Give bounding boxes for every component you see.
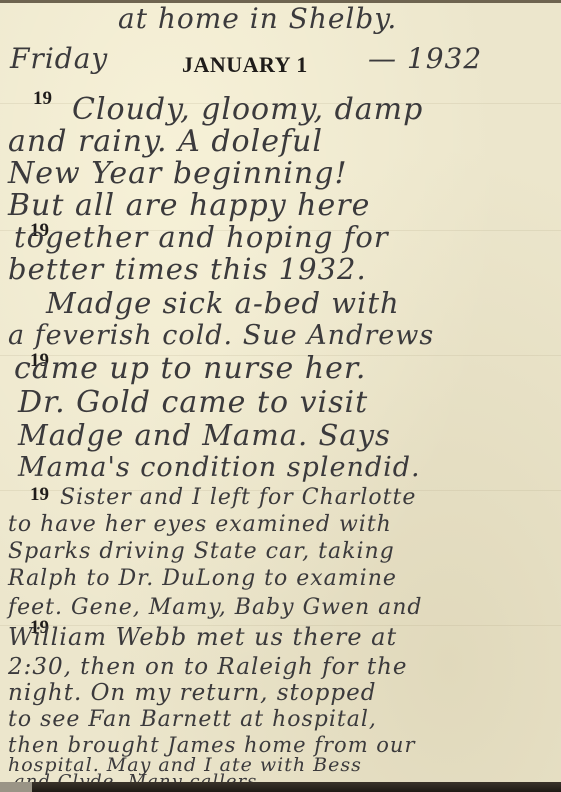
entry-line: to see Fan Barnett at hospital, — [8, 706, 377, 733]
entry-line: But all are happy here — [8, 192, 370, 219]
entry-line: together and hoping for — [14, 224, 389, 251]
entry-line: William Webb met us there at — [8, 624, 397, 651]
entry-line: Dr. Gold came to visit — [18, 389, 368, 416]
entry-line: better times this 1932. — [8, 256, 367, 283]
year-marker: 19 — [33, 88, 52, 110]
entry-line: Sister and I left for Charlotte — [60, 484, 416, 511]
page-bottom-edge — [0, 782, 561, 792]
entry-line: Cloudy, gloomy, damp — [72, 96, 423, 123]
location-note: at home in Shelby. — [118, 2, 397, 35]
entry-line: Mama's condition splendid. — [18, 454, 421, 481]
entry-line: feet. Gene, Mamy, Baby Gwen and — [8, 594, 423, 621]
handwritten-year: — 1932 — [368, 42, 482, 75]
entry-line: New Year beginning! — [8, 160, 348, 187]
entry-line: a feverish cold. Sue Andrews — [8, 322, 434, 349]
weekday: Friday — [10, 42, 108, 75]
entry-line: Madge sick a-bed with — [46, 290, 400, 317]
entry-line: came up to nurse her. — [14, 355, 366, 382]
entry-line: Ralph to Dr. DuLong to examine — [8, 565, 397, 592]
entry-line: Sparks driving State car, taking — [8, 538, 395, 565]
entry-line: 2:30, then on to Raleigh for the — [8, 654, 408, 681]
entry-line: to have her eyes examined with — [8, 511, 392, 538]
entry-line: and rainy. A doleful — [8, 128, 323, 155]
year-marker: 19 — [30, 484, 49, 506]
diary-page: at home in Shelby. Friday JANUARY 1 — 19… — [0, 0, 561, 782]
entry-line: night. On my return, stopped — [8, 680, 376, 707]
page-corner-shadow — [0, 782, 32, 792]
printed-date: JANUARY 1 — [182, 52, 308, 78]
entry-line: and Clyde. Many callers. — [14, 768, 264, 782]
entry-line: Madge and Mama. Says — [18, 422, 391, 449]
